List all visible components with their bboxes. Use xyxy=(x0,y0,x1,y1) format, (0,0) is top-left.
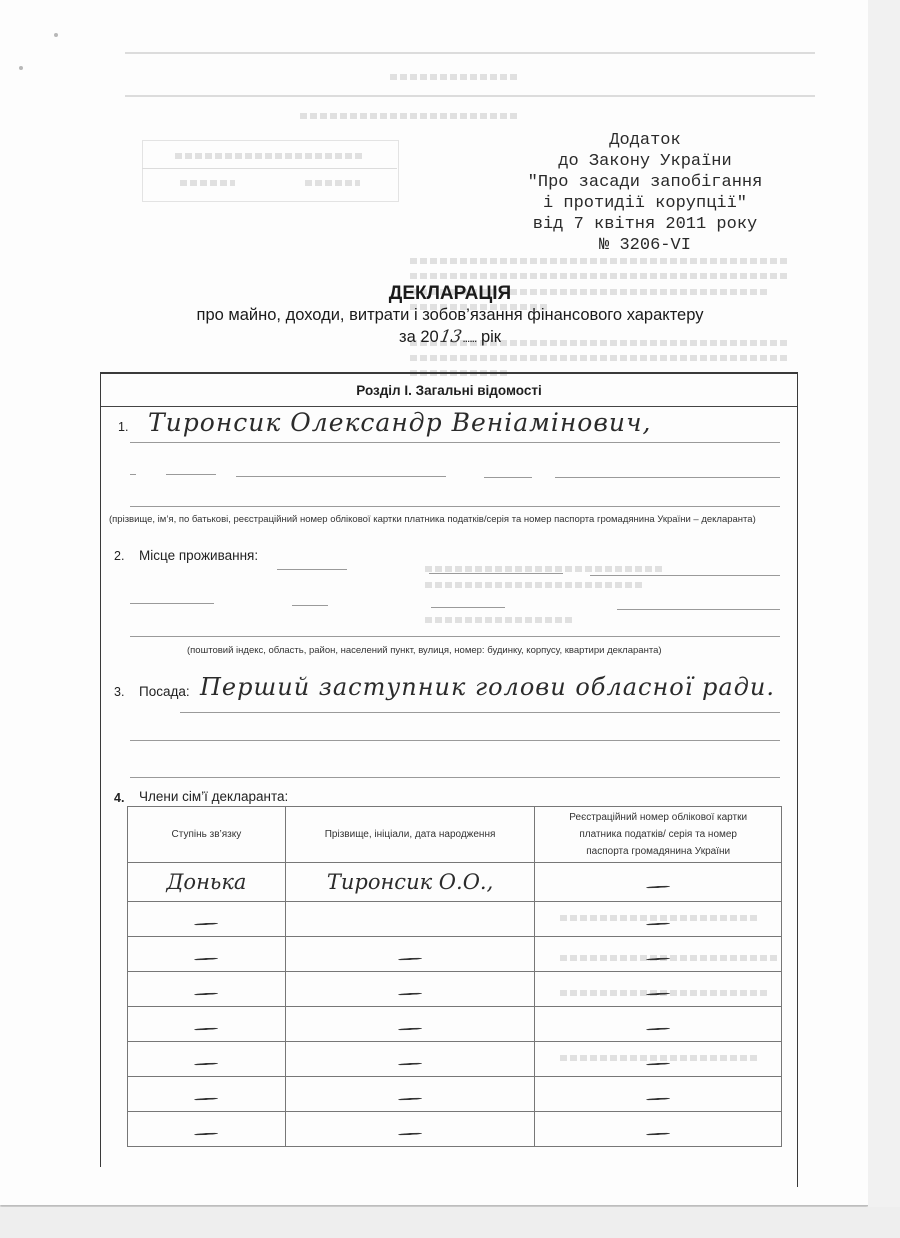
family-label: Члени сім’ї декларанта: xyxy=(139,789,288,804)
cell-relation xyxy=(128,1007,286,1042)
empty-dash xyxy=(646,1027,670,1030)
cell-tax-id xyxy=(535,1077,782,1112)
appendix-line: "Про засади запобігання xyxy=(490,172,800,193)
handwritten-entry: Тиронсик О.О., xyxy=(327,870,493,894)
declaration-year: за 2013...... рік xyxy=(130,327,770,347)
empty-dash xyxy=(398,1027,422,1030)
cell-relation xyxy=(128,902,286,937)
table-header-row: Ступінь зв’язку Прізвище, ініціали, дата… xyxy=(128,807,782,863)
empty-dash xyxy=(194,1097,218,1100)
cell-tax-id xyxy=(535,863,782,902)
empty-dash xyxy=(398,1062,422,1065)
declaration-title: ДЕКЛАРАЦІЯ xyxy=(130,283,770,305)
cell-relation xyxy=(128,1042,286,1077)
cell-name xyxy=(285,1077,535,1112)
empty-dash xyxy=(646,957,670,960)
handwritten-entry: Донька xyxy=(166,870,246,894)
item-number: 4. xyxy=(114,791,124,805)
table-row xyxy=(128,1112,782,1147)
cell-name: Тиронсик О.О., xyxy=(285,863,535,902)
item-number: 2. xyxy=(114,549,124,563)
cell-relation xyxy=(128,1077,286,1112)
empty-dash xyxy=(194,1132,218,1135)
empty-dash xyxy=(194,1027,218,1030)
appendix-line: і протидії корупції" xyxy=(490,193,800,214)
empty-dash xyxy=(646,885,670,888)
cell-tax-id xyxy=(535,972,782,1007)
empty-dash xyxy=(398,992,422,995)
cell-relation xyxy=(128,937,286,972)
position-label: Посада: xyxy=(139,684,190,699)
column-header-name: Прізвище, ініціали, дата народження xyxy=(285,807,535,863)
section-border-left xyxy=(100,372,101,1167)
cell-name xyxy=(285,937,535,972)
empty-dash xyxy=(398,1097,422,1100)
cell-name xyxy=(285,972,535,1007)
table-row xyxy=(128,1077,782,1112)
column-header-tax-id: Реєстраційний номер облікової картки пла… xyxy=(535,807,782,863)
table-row xyxy=(128,902,782,937)
year-prefix: за 20 xyxy=(399,328,439,346)
year-handwritten: 13 xyxy=(438,327,463,347)
appendix-line: до Закону України xyxy=(490,151,800,172)
empty-dash xyxy=(646,922,670,925)
declaration-subtitle: про майно, доходи, витрати і зобов’язанн… xyxy=(130,306,770,325)
year-suffix: рік xyxy=(481,328,501,346)
empty-dash xyxy=(398,957,422,960)
empty-dash xyxy=(646,1132,670,1135)
scan-margin-right xyxy=(868,0,900,1238)
year-dots: ...... xyxy=(462,331,476,345)
family-members-table: Ступінь зв’язку Прізвище, ініціали, дата… xyxy=(127,806,782,1147)
empty-dash xyxy=(194,922,218,925)
residence-label: Місце проживання: xyxy=(139,548,258,563)
cell-tax-id xyxy=(535,1042,782,1077)
cell-relation xyxy=(128,1112,286,1147)
table-row xyxy=(128,972,782,1007)
empty-dash xyxy=(194,1062,218,1065)
position-value: Перший заступник голови обласної ради. xyxy=(200,673,775,701)
full-name-caption: (прізвище, ім’я, по батькові, реєстрацій… xyxy=(109,514,756,525)
appendix-line: від 7 квітня 2011 року xyxy=(490,214,800,235)
cell-tax-id xyxy=(535,937,782,972)
scan-margin-bottom xyxy=(0,1207,900,1238)
empty-dash xyxy=(194,957,218,960)
cell-tax-id xyxy=(535,1007,782,1042)
cell-name xyxy=(285,1112,535,1147)
item-number: 3. xyxy=(114,685,124,699)
cell-name xyxy=(285,1007,535,1042)
cell-tax-id xyxy=(535,902,782,937)
table-row xyxy=(128,1007,782,1042)
full-name-value: Тиронсик Олександр Веніамінович, xyxy=(148,408,652,437)
column-header-relation: Ступінь зв’язку xyxy=(128,807,286,863)
appendix-line: Додаток xyxy=(490,130,800,151)
empty-dash xyxy=(646,992,670,995)
appendix-reference: Додаток до Закону України "Про засади за… xyxy=(490,130,800,256)
cell-name xyxy=(285,902,535,937)
section-title: Розділ I. Загальні відомості xyxy=(101,374,797,407)
cell-relation xyxy=(128,972,286,1007)
cell-relation: Донька xyxy=(128,863,286,902)
table-row xyxy=(128,937,782,972)
table-row: ДонькаТиронсик О.О., xyxy=(128,863,782,902)
appendix-line: № 3206-VI xyxy=(490,235,800,256)
empty-dash xyxy=(646,1062,670,1065)
residence-caption: (поштовий індекс, область, район, населе… xyxy=(187,645,662,656)
table-row xyxy=(128,1042,782,1077)
empty-dash xyxy=(194,992,218,995)
section-border-right xyxy=(797,372,798,1187)
cell-name xyxy=(285,1042,535,1077)
empty-dash xyxy=(398,1132,422,1135)
empty-dash xyxy=(646,1097,670,1100)
item-number: 1. xyxy=(118,420,128,434)
cell-tax-id xyxy=(535,1112,782,1147)
